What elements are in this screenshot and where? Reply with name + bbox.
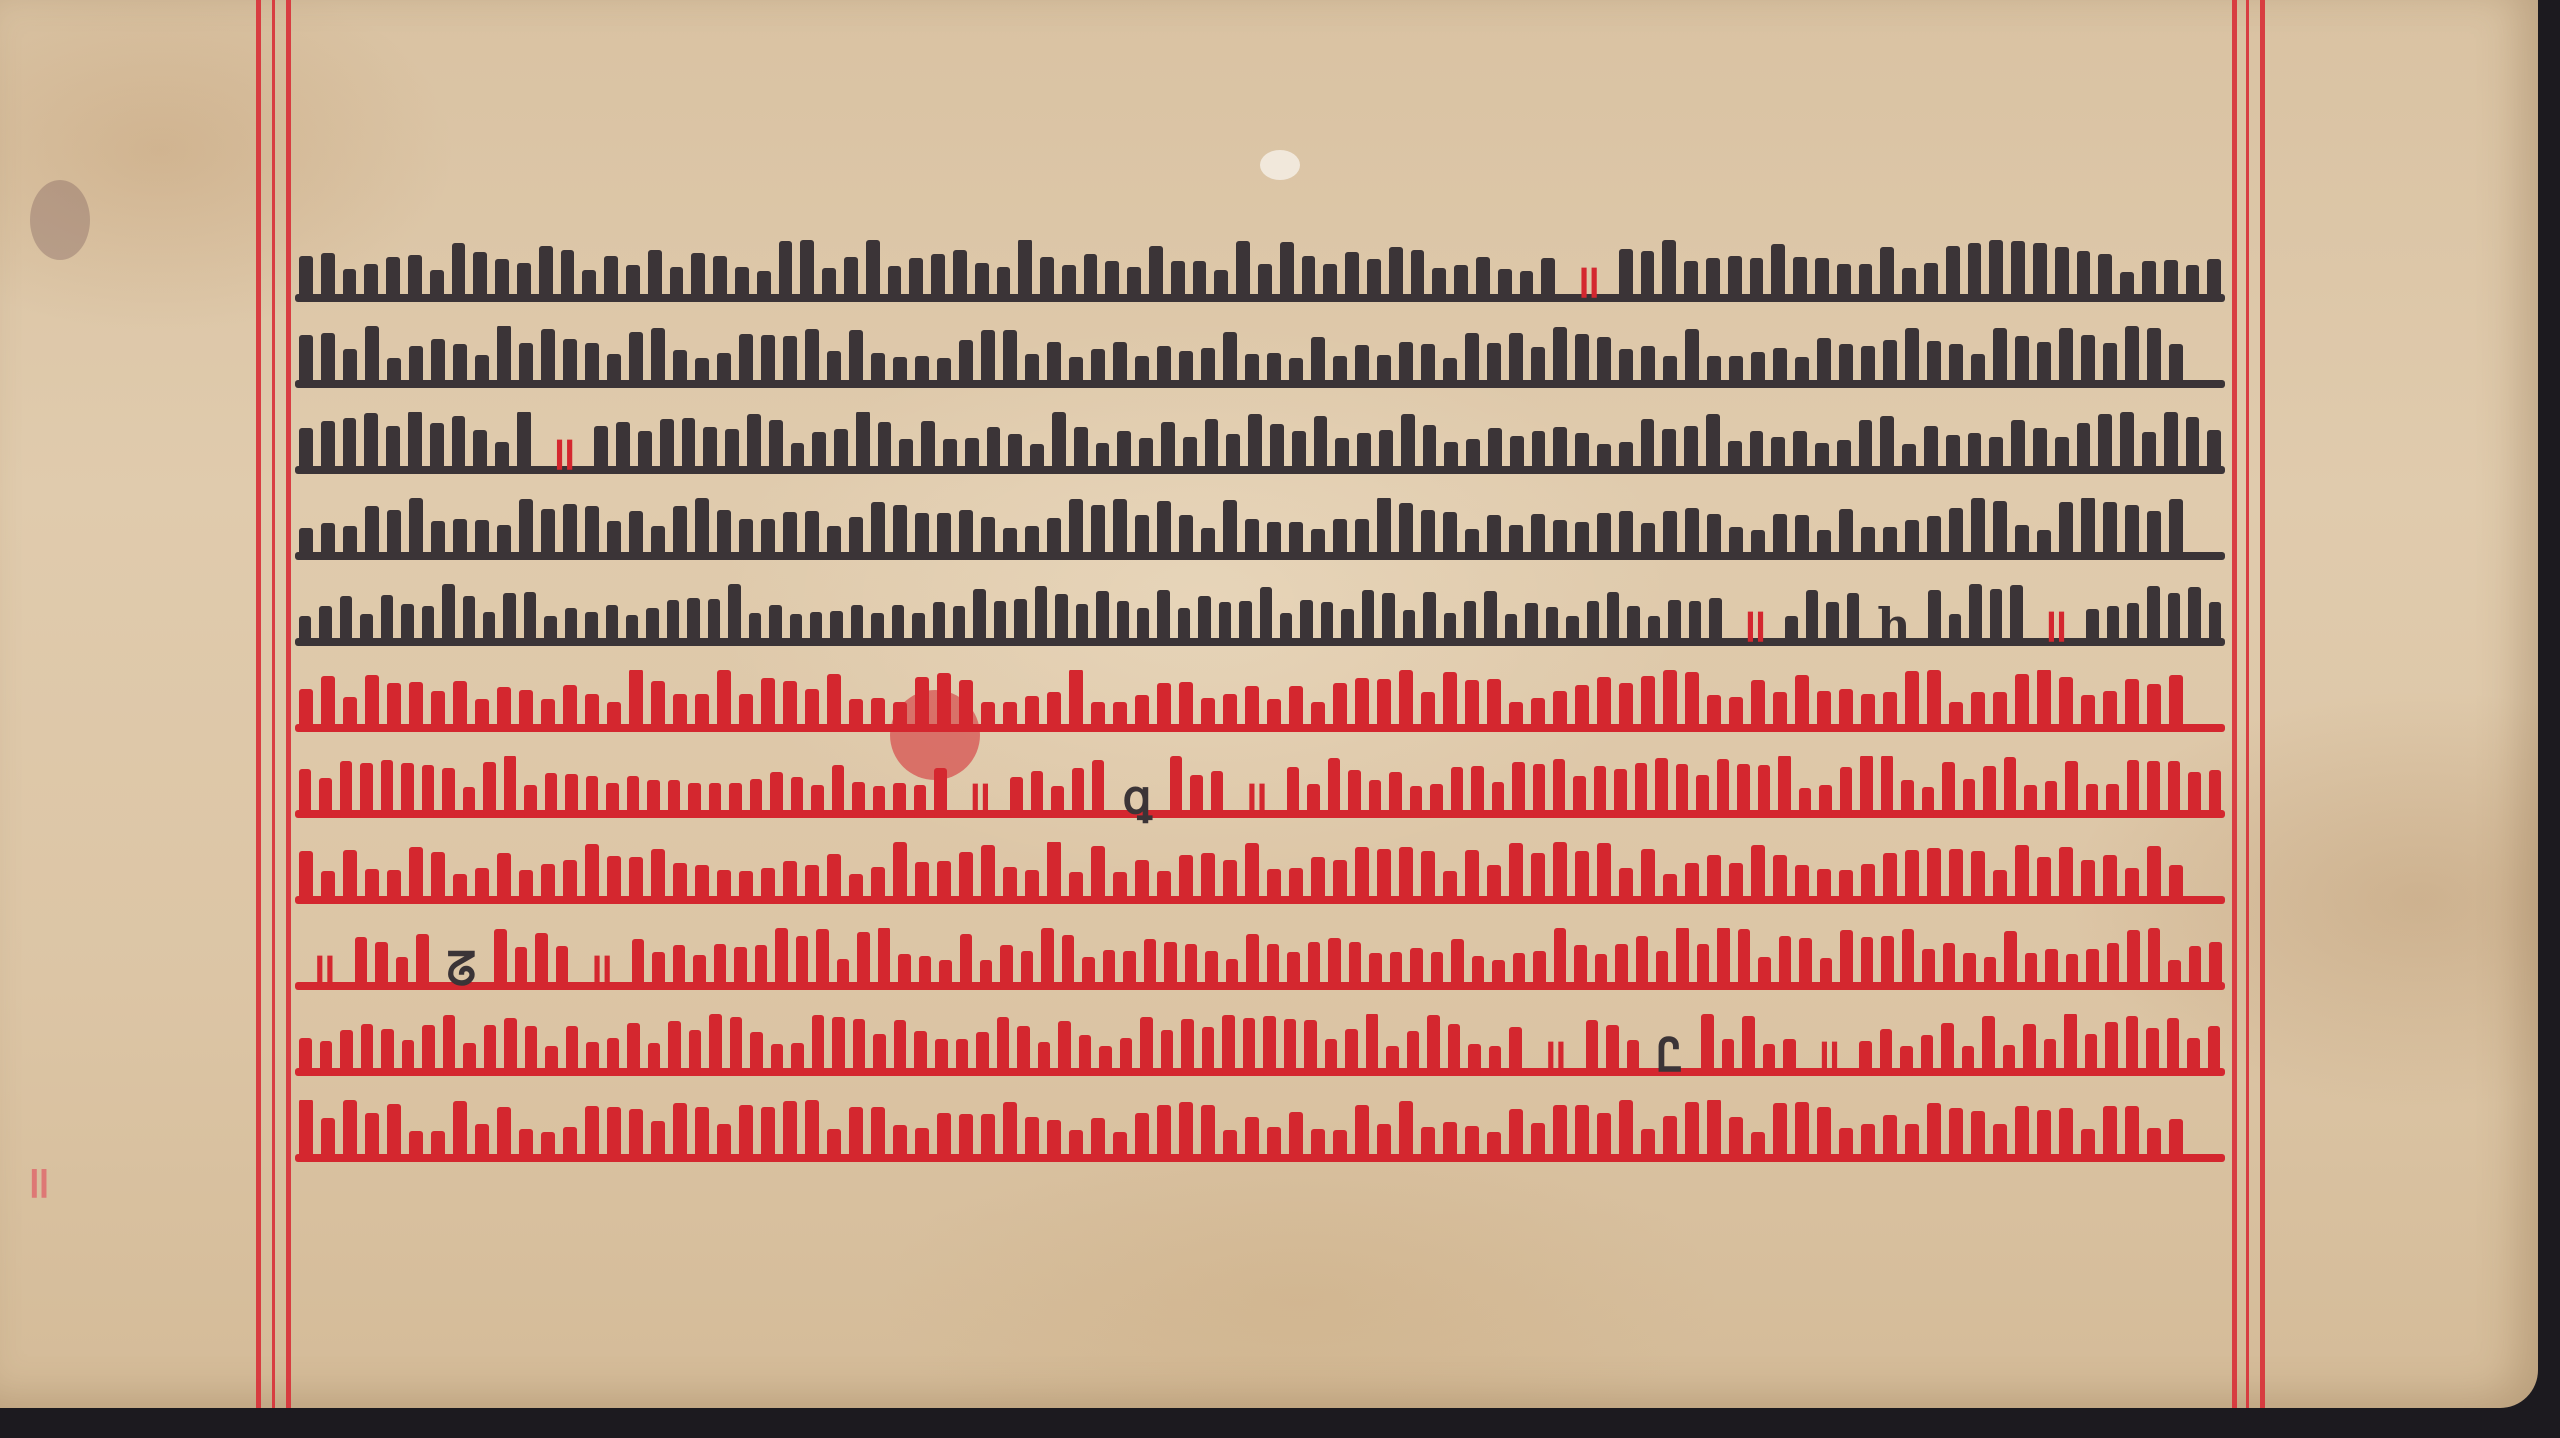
script-stroke (2059, 677, 2073, 732)
script-stroke (1003, 330, 1017, 388)
script-stroke (453, 344, 467, 388)
script-stroke (915, 513, 929, 560)
script-stroke (1304, 1020, 1317, 1076)
script-stroke (1074, 427, 1088, 474)
script-stroke (2169, 1119, 2183, 1162)
script-stroke (1076, 604, 1088, 646)
script-stroke (319, 778, 331, 818)
paper-stain (1260, 150, 1300, 180)
script-stroke (1963, 953, 1975, 990)
script-stroke (1728, 256, 1742, 302)
script-stroke (1179, 1102, 1193, 1162)
script-stroke (796, 936, 808, 990)
script-stroke (2011, 420, 2025, 474)
script-stroke (409, 682, 423, 732)
script-stroke (1369, 780, 1381, 818)
script-stroke (994, 601, 1006, 646)
script-stroke (1431, 952, 1443, 990)
script-stroke (416, 934, 428, 990)
script-stroke (893, 783, 905, 818)
script-stroke (1839, 509, 1853, 560)
script-stroke (627, 776, 639, 818)
script-stroke (893, 505, 907, 560)
script-stroke (2033, 428, 2047, 474)
script-stroke (1031, 771, 1043, 818)
script-stroke (1171, 261, 1185, 302)
script-stroke (1069, 499, 1083, 560)
script-stroke (387, 358, 401, 388)
script-stroke (495, 442, 509, 474)
script-stroke (1839, 689, 1853, 732)
script-stroke (959, 680, 973, 732)
script-stroke (1509, 1109, 1523, 1162)
script-stroke (1799, 788, 1811, 818)
script-stroke (1018, 240, 1032, 302)
script-stroke (871, 1107, 885, 1162)
script-stroke (1901, 780, 1913, 818)
script-stroke (1778, 756, 1790, 818)
script-stroke (1697, 944, 1709, 990)
script-stroke (585, 343, 599, 388)
script-stroke (629, 511, 643, 560)
script-stroke (2081, 860, 2095, 904)
script-stroke (1729, 1117, 1743, 1162)
script-stroke (582, 270, 596, 302)
script-stroke (648, 250, 662, 302)
script-stroke (1267, 699, 1281, 732)
script-stroke (1243, 1018, 1256, 1076)
script-stroke (2208, 1026, 2221, 1076)
script-stroke (1038, 1042, 1051, 1076)
script-stroke (1641, 676, 1655, 732)
script-stroke (856, 412, 870, 474)
script-stroke (2168, 960, 2180, 990)
script-stroke (2059, 1108, 2073, 1162)
script-stroke (1025, 1117, 1039, 1162)
script-stroke (673, 945, 685, 990)
verse-marker: ॥ (1227, 774, 1283, 820)
script-stroke (1052, 412, 1066, 474)
script-stroke (515, 947, 527, 990)
script-stroke (504, 756, 516, 818)
script-stroke (1905, 520, 1919, 560)
script-stroke (1421, 851, 1435, 904)
script-stroke (1000, 945, 1012, 990)
script-stroke (1423, 425, 1437, 474)
script-stroke (1971, 354, 1985, 388)
script-stroke (1410, 948, 1422, 990)
script-stroke (1685, 329, 1699, 388)
script-stroke (1837, 264, 1851, 302)
script-stroke (717, 870, 731, 904)
script-stroke (1355, 519, 1369, 560)
script-stroke (1684, 426, 1698, 474)
script-stroke (1021, 951, 1033, 990)
script-stroke (1840, 930, 1852, 990)
script-stroke (626, 265, 640, 302)
script-stroke (1157, 346, 1171, 388)
right-ruling-line (2260, 0, 2265, 1408)
script-stroke (484, 1025, 497, 1076)
script-stroke (452, 416, 466, 474)
script-stroke (1401, 414, 1415, 474)
script-stroke (1817, 1107, 1831, 1162)
script-stroke (1512, 762, 1524, 818)
script-stroke (1443, 871, 1457, 904)
script-line: ॥h॥ (295, 584, 2225, 668)
script-stroke (1010, 777, 1022, 818)
script-stroke (629, 857, 643, 904)
script-stroke (688, 783, 700, 818)
script-stroke (1880, 1029, 1893, 1076)
script-stroke (2105, 1022, 2118, 1076)
script-stroke (475, 1124, 489, 1162)
script-stroke (1144, 939, 1156, 990)
script-stroke (1619, 511, 1633, 560)
script-stroke (1922, 949, 1934, 990)
script-stroke (594, 426, 608, 474)
script-stroke (1432, 268, 1446, 302)
script-stroke (2209, 602, 2221, 646)
script-stroke (524, 785, 536, 818)
script-stroke (585, 694, 599, 732)
script-stroke (299, 335, 313, 388)
script-stroke (431, 852, 445, 904)
script-stroke (695, 358, 709, 388)
script-stroke (652, 952, 664, 990)
script-stroke (931, 254, 945, 302)
script-stroke (1202, 1027, 1215, 1076)
script-stroke (2081, 1129, 2095, 1162)
script-stroke (2037, 670, 2051, 732)
script-stroke (1105, 261, 1119, 302)
script-stroke (1597, 444, 1611, 474)
script-stroke (2147, 684, 2161, 732)
script-glyphs (295, 498, 2225, 582)
script-stroke (2085, 1034, 2098, 1076)
script-stroke (1685, 508, 1699, 560)
verse-marker: ॥ (1559, 258, 1615, 304)
script-stroke (747, 414, 761, 474)
script-stroke (1927, 1103, 1941, 1162)
script-stroke (1311, 1129, 1325, 1162)
script-stroke (2127, 760, 2139, 818)
script-stroke (1349, 942, 1361, 990)
script-stroke (1993, 328, 2007, 388)
verse-marker: ॥ (295, 946, 351, 992)
script-stroke (1289, 522, 1303, 560)
script-stroke (651, 328, 665, 388)
script-stroke (648, 1043, 661, 1076)
script-stroke (2015, 674, 2029, 732)
script-stroke (1205, 951, 1217, 990)
script-stroke (343, 697, 357, 732)
script-stroke (629, 670, 643, 732)
script-stroke (1069, 670, 1083, 732)
script-stroke (1509, 702, 1523, 732)
script-stroke (2169, 344, 2183, 388)
script-stroke (1553, 759, 1565, 818)
script-stroke (1771, 437, 1785, 474)
script-stroke (1389, 247, 1403, 302)
script-stroke (1181, 1019, 1194, 1076)
script-stroke (321, 523, 335, 560)
script-stroke (1201, 1105, 1215, 1162)
script-stroke (1117, 601, 1129, 646)
script-stroke (1663, 874, 1677, 904)
script-stroke (959, 340, 973, 388)
script-stroke (1223, 332, 1237, 388)
script-stroke (959, 852, 973, 904)
script-stroke (1003, 702, 1017, 732)
script-stroke (1883, 340, 1897, 388)
script-stroke (2169, 865, 2183, 904)
script-stroke (430, 423, 444, 474)
script-stroke (1729, 863, 1743, 904)
script-stroke (1069, 1130, 1083, 1162)
script-stroke (2120, 412, 2134, 474)
script-stroke (606, 605, 618, 646)
script-stroke (1943, 943, 1955, 990)
script-stroke (343, 526, 357, 560)
script-stroke (1239, 601, 1251, 646)
script-stroke (2064, 1014, 2077, 1076)
script-stroke (1120, 1038, 1133, 1076)
script-stroke (1421, 1127, 1435, 1162)
script-stroke (607, 1038, 620, 1076)
script-stroke (717, 670, 731, 732)
script-stroke (1161, 422, 1175, 474)
script-stroke (607, 354, 621, 388)
script-stroke (981, 845, 995, 904)
script-stroke (1117, 431, 1131, 474)
script-stroke (670, 267, 684, 302)
script-stroke (693, 955, 705, 990)
script-stroke (1476, 257, 1490, 302)
script-stroke (503, 593, 515, 646)
script-stroke (2037, 530, 2051, 560)
script-stroke (810, 612, 822, 646)
script-stroke (1859, 264, 1873, 302)
script-stroke (1533, 764, 1545, 818)
script-stroke (1454, 265, 1468, 302)
script-stroke (899, 439, 913, 474)
script-stroke (2107, 943, 2119, 990)
script-stroke (667, 600, 679, 646)
script-stroke (1779, 936, 1791, 990)
script-stroke (2044, 1039, 2057, 1076)
script-stroke (1113, 342, 1127, 388)
script-stroke (1092, 760, 1104, 818)
script-stroke (871, 353, 885, 388)
script-stroke (638, 431, 652, 474)
script-stroke (1689, 601, 1701, 646)
script-stroke (981, 702, 995, 732)
script-stroke (1900, 1046, 1913, 1076)
script-stroke (1636, 936, 1648, 990)
script-stroke (816, 929, 828, 990)
script-stroke (1717, 759, 1729, 818)
script-stroke (475, 868, 489, 904)
script-stroke (545, 1046, 558, 1076)
script-stroke (563, 860, 577, 904)
script-stroke (1941, 1023, 1954, 1076)
script-stroke (1377, 679, 1391, 732)
script-stroke (2045, 781, 2057, 818)
script-stroke (1949, 344, 1963, 388)
script-stroke (1962, 1046, 1975, 1076)
script-stroke (960, 934, 972, 990)
script-stroke (1509, 843, 1523, 904)
script-stroke (770, 772, 782, 818)
script-stroke (709, 783, 721, 818)
script-stroke (1597, 337, 1611, 388)
script-stroke (1137, 608, 1149, 646)
script-stroke (981, 330, 995, 388)
script-stroke (800, 240, 814, 302)
script-stroke (1795, 675, 1809, 732)
script-stroke (1399, 1101, 1413, 1162)
script-stroke (853, 1019, 866, 1076)
script-stroke (365, 675, 379, 732)
script-stroke (1993, 1124, 2007, 1162)
script-stroke (431, 339, 445, 388)
script-stroke (497, 326, 511, 388)
script-stroke (769, 605, 781, 646)
script-stroke (2086, 609, 2098, 646)
script-stroke (647, 780, 659, 818)
script-stroke (319, 606, 331, 646)
script-stroke (1949, 702, 1963, 732)
script-stroke (1488, 428, 1502, 474)
script-stroke (1795, 1102, 1809, 1162)
script-stroke (832, 1017, 845, 1076)
script-stroke (1971, 1111, 1985, 1162)
script-stroke (1267, 1127, 1281, 1162)
script-stroke (1287, 767, 1299, 818)
script-stroke (2189, 946, 2201, 990)
script-stroke (2059, 502, 2073, 560)
script-stroke (1635, 763, 1647, 818)
script-stroke (299, 616, 311, 646)
script-stroke (2106, 784, 2118, 818)
script-stroke (1594, 766, 1606, 818)
script-stroke (1430, 784, 1442, 818)
script-stroke (629, 1109, 643, 1162)
script-stroke (1003, 867, 1017, 904)
script-stroke (822, 268, 836, 302)
verse-marker: ॥ (2027, 602, 2083, 648)
script-stroke (1880, 416, 1894, 474)
script-stroke (1103, 950, 1115, 990)
script-stroke (915, 862, 929, 904)
script-stroke (1248, 414, 1262, 474)
script-stroke (1758, 957, 1770, 990)
script-stroke (431, 1131, 445, 1162)
script-stroke (1531, 347, 1545, 388)
script-stroke (2059, 847, 2073, 904)
script-stroke (585, 612, 597, 646)
script-glyphs: ॥h॥ (295, 584, 2225, 668)
script-stroke (422, 765, 434, 818)
script-stroke (1722, 1039, 1735, 1076)
script-stroke (997, 1017, 1010, 1076)
script-stroke (1333, 519, 1347, 560)
script-stroke (1553, 691, 1567, 732)
left-ruling-line (256, 0, 261, 1408)
script-stroke (791, 1043, 804, 1076)
manuscript-text-block: ॥॥॥h॥॥ꝗ॥॥ᘔ॥॥Ꮭ॥ (295, 240, 2225, 1186)
script-stroke (687, 598, 699, 646)
script-stroke (1883, 527, 1897, 560)
script-stroke (1341, 609, 1353, 646)
script-stroke (937, 1113, 951, 1162)
script-stroke (1355, 678, 1369, 732)
script-stroke (1355, 1105, 1369, 1162)
script-stroke (1971, 498, 1985, 560)
script-stroke (1505, 614, 1517, 646)
script-stroke (1325, 1039, 1338, 1076)
script-stroke (1113, 702, 1127, 732)
script-stroke (717, 510, 731, 560)
script-stroke (703, 427, 717, 474)
script-stroke (2098, 414, 2112, 474)
script-stroke (812, 1015, 825, 1076)
script-stroke (340, 596, 352, 646)
script-stroke (2148, 928, 2160, 990)
script-stroke (1399, 670, 1413, 732)
script-stroke (956, 1039, 969, 1076)
script-stroke (422, 606, 434, 646)
script-stroke (912, 613, 924, 646)
script-stroke (299, 1038, 312, 1076)
script-stroke (837, 959, 849, 990)
script-stroke (2146, 1028, 2159, 1076)
script-stroke (1575, 522, 1589, 560)
script-stroke (1498, 269, 1512, 302)
script-stroke (1619, 683, 1633, 732)
script-stroke (1641, 346, 1655, 388)
script-stroke (812, 432, 826, 474)
script-stroke (1025, 696, 1039, 732)
script-stroke (497, 853, 511, 904)
script-stroke (749, 613, 761, 646)
script-stroke (2037, 1110, 2051, 1162)
script-stroke (1662, 429, 1676, 474)
script-stroke (2147, 761, 2159, 818)
script-stroke (1245, 843, 1259, 904)
script-stroke (1575, 334, 1589, 388)
script-stroke (1355, 847, 1369, 904)
script-stroke (921, 421, 935, 474)
script-stroke (355, 937, 367, 990)
script-stroke (1443, 672, 1457, 732)
script-stroke (1410, 786, 1422, 818)
script-stroke (1135, 695, 1149, 732)
script-stroke (1035, 586, 1047, 646)
script-stroke (943, 439, 957, 474)
script-stroke (1451, 767, 1463, 818)
script-line: ॥ (295, 412, 2225, 496)
script-stroke (695, 1107, 709, 1162)
script-stroke (1421, 344, 1435, 388)
script-stroke (1149, 246, 1163, 302)
script-stroke (1627, 606, 1639, 646)
script-stroke (2207, 430, 2221, 474)
script-stroke (871, 698, 885, 732)
script-stroke (1443, 358, 1457, 388)
script-stroke (1750, 431, 1764, 474)
